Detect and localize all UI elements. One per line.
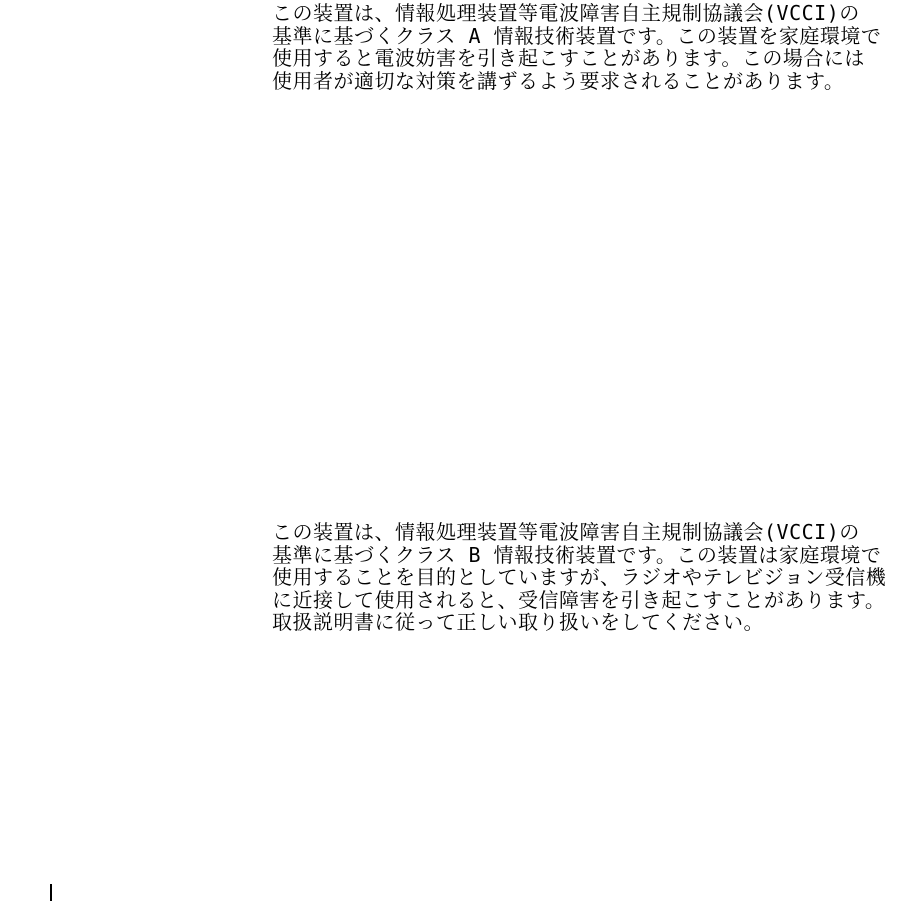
notice-line: この装置は、情報処理装置等電波障害自主規制協議会(VCCI)の bbox=[272, 521, 886, 544]
notice-line: 使用することを目的としていますが、ラジオやテレビジョン受信機 bbox=[272, 566, 886, 589]
notice-line: 使用すると電波妨害を引き起こすことがあります。この場合には bbox=[272, 47, 881, 70]
notice-line: 取扱説明書に従って正しい取り扱いをしてください。 bbox=[272, 611, 886, 634]
vcci-class-b-notice: この装置は、情報処理装置等電波障害自主規制協議会(VCCI)の 基準に基づくクラ… bbox=[272, 521, 886, 634]
notice-line: 基準に基づくクラス B 情報技術装置です。この装置は家庭環境で bbox=[272, 544, 886, 567]
notice-line: 基準に基づくクラス A 情報技術装置です。この装置を家庭環境で bbox=[272, 25, 881, 48]
vcci-class-a-notice: この装置は、情報処理装置等電波障害自主規制協議会(VCCI)の 基準に基づくクラ… bbox=[272, 2, 881, 92]
notice-line: この装置は、情報処理装置等電波障害自主規制協議会(VCCI)の bbox=[272, 2, 881, 25]
notice-line: に近接して使用されると、受信障害を引き起こすことがあります。 bbox=[272, 589, 886, 612]
document-page: この装置は、情報処理装置等電波障害自主規制協議会(VCCI)の 基準に基づくクラ… bbox=[0, 0, 900, 903]
revision-change-bar bbox=[50, 884, 52, 901]
notice-line: 使用者が適切な対策を講ずるよう要求されることがあります。 bbox=[272, 70, 881, 93]
